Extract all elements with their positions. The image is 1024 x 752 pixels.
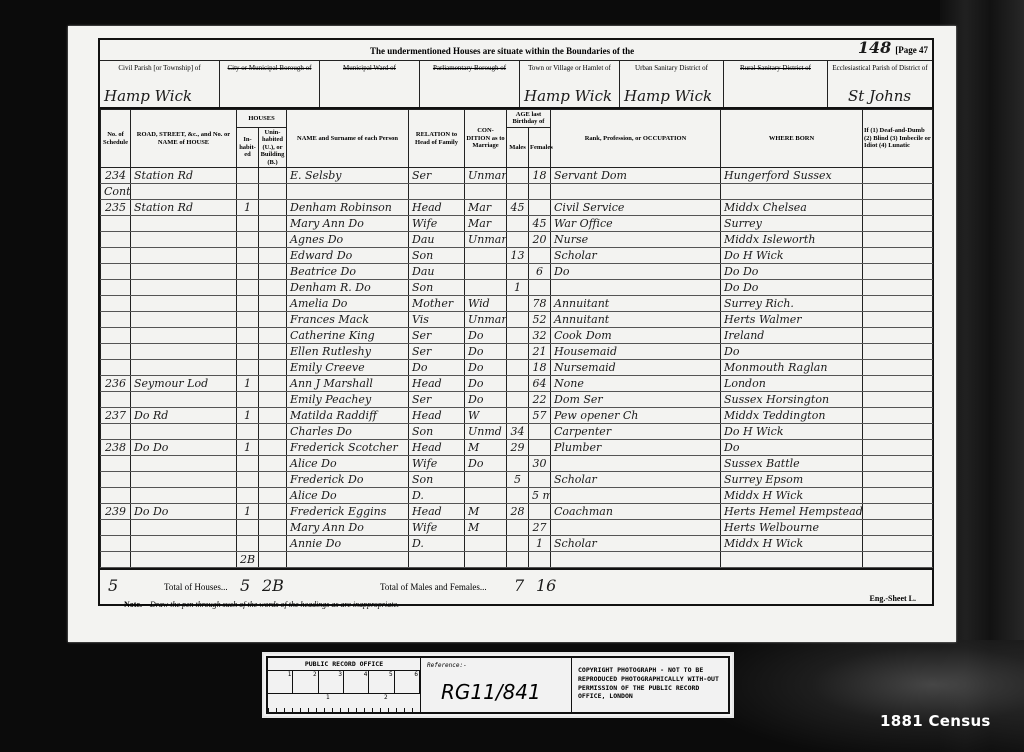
cell-infirmity	[863, 168, 933, 184]
cell-male_age: 29	[507, 440, 529, 456]
cell-inhabited	[237, 456, 259, 472]
col-males: Males	[507, 127, 529, 167]
cell-uninhabited	[259, 216, 287, 232]
cell-name: Alice Do	[287, 456, 409, 472]
cell-relation: Son	[409, 248, 465, 264]
cell-relation: Mother	[409, 296, 465, 312]
cell-female_age: 32	[529, 328, 551, 344]
total-males: 7	[514, 576, 524, 595]
cell-female_age	[529, 472, 551, 488]
rural-sanitary-district: Rural Sanitary District of	[724, 61, 828, 107]
cell-born: Middx Chelsea	[721, 200, 863, 216]
table-row: Contd	[101, 184, 933, 200]
cell-road: Station Rd	[131, 200, 237, 216]
table-row: Agnes DoDauUnmar20NurseMiddx Isleworth	[101, 232, 933, 248]
cell-born: Do Do	[721, 280, 863, 296]
total-females: 16	[536, 576, 556, 595]
cell-born: Do	[721, 440, 863, 456]
cell-inhabited: 1	[237, 376, 259, 392]
footnote: Note.—Draw the pen through such of the w…	[124, 600, 399, 609]
cell-inhabited	[237, 344, 259, 360]
cell-road	[131, 392, 237, 408]
cell-infirmity	[863, 280, 933, 296]
cell-condition: Do	[465, 344, 507, 360]
cell-name: Ann J Marshall	[287, 376, 409, 392]
cell-schedule: 234	[101, 168, 131, 184]
cell-uninhabited	[259, 552, 287, 568]
cell-male_age	[507, 216, 529, 232]
cell-uninhabited	[259, 472, 287, 488]
col-condition: CON-DITION as to Marriage	[465, 110, 507, 168]
cell-relation: Son	[409, 424, 465, 440]
cell-schedule	[101, 392, 131, 408]
cell-female_age: 30	[529, 456, 551, 472]
cell-relation: Dau	[409, 232, 465, 248]
cell-male_age	[507, 520, 529, 536]
cell-male_age	[507, 168, 529, 184]
cell-infirmity	[863, 216, 933, 232]
cell-name: Denham R. Do	[287, 280, 409, 296]
col-age: AGE last Birthday of	[507, 110, 551, 128]
cell-name: Emily Creeve	[287, 360, 409, 376]
cell-uninhabited	[259, 312, 287, 328]
cell-inhabited	[237, 424, 259, 440]
cell-condition: M	[465, 520, 507, 536]
cell-name: Frederick Do	[287, 472, 409, 488]
cell-occupation: Servant Dom	[551, 168, 721, 184]
cell-condition	[465, 488, 507, 504]
cell-occupation	[551, 456, 721, 472]
cell-occupation: Housemaid	[551, 344, 721, 360]
cell-uninhabited	[259, 360, 287, 376]
col-relation: RELATION to Head of Family	[409, 110, 465, 168]
cell-uninhabited	[259, 248, 287, 264]
cell-occupation	[551, 520, 721, 536]
cell-schedule	[101, 552, 131, 568]
cell-schedule	[101, 280, 131, 296]
cell-inhabited: 1	[237, 200, 259, 216]
cell-male_age	[507, 536, 529, 552]
cell-inhabited	[237, 392, 259, 408]
cell-born: Herts Welbourne	[721, 520, 863, 536]
cell-male_age	[507, 392, 529, 408]
cell-relation: Head	[409, 376, 465, 392]
cell-born	[721, 184, 863, 200]
cell-name	[287, 184, 409, 200]
cell-infirmity	[863, 504, 933, 520]
cell-born: Ireland	[721, 328, 863, 344]
cell-occupation: Civil Service	[551, 200, 721, 216]
cell-condition: Do	[465, 376, 507, 392]
cell-inhabited	[237, 360, 259, 376]
census-year-watermark: 1881 Census	[880, 712, 991, 730]
municipal-ward: Municipal Ward of	[320, 61, 420, 107]
cell-road	[131, 264, 237, 280]
table-row: Mary Ann DoWifeMar45War OfficeSurrey	[101, 216, 933, 232]
table-row: Denham R. DoSon1Do Do	[101, 280, 933, 296]
cell-uninhabited	[259, 232, 287, 248]
cell-name: Mary Ann Do	[287, 520, 409, 536]
cell-relation: Ser	[409, 168, 465, 184]
cell-born: Middx H Wick	[721, 536, 863, 552]
cell-road	[131, 552, 237, 568]
cell-relation: D.	[409, 536, 465, 552]
cell-occupation: Do	[551, 264, 721, 280]
cell-condition	[465, 536, 507, 552]
cell-male_age	[507, 456, 529, 472]
cell-relation: Do	[409, 360, 465, 376]
cell-uninhabited	[259, 440, 287, 456]
table-row: Beatrice DoDau6DoDo Do	[101, 264, 933, 280]
col-infirmity: If (1) Deaf-and-Dumb (2) Blind (3) Imbec…	[863, 110, 933, 168]
urban-sanitary-district: Urban Sanitary District ofHamp Wick	[620, 61, 724, 107]
cell-road	[131, 312, 237, 328]
cell-schedule	[101, 472, 131, 488]
cell-condition	[465, 552, 507, 568]
cell-relation: Son	[409, 280, 465, 296]
total-houses-label: Total of Houses...	[164, 582, 228, 592]
table-row: Alice DoD.5 monthsMiddx H Wick	[101, 488, 933, 504]
cell-infirmity	[863, 552, 933, 568]
cell-occupation: Carpenter	[551, 424, 721, 440]
cell-inhabited	[237, 328, 259, 344]
cell-female_age: 22	[529, 392, 551, 408]
cell-male_age	[507, 360, 529, 376]
cell-inhabited	[237, 520, 259, 536]
cell-inhabited	[237, 248, 259, 264]
cell-road	[131, 248, 237, 264]
cell-male_age: 28	[507, 504, 529, 520]
cell-uninhabited	[259, 376, 287, 392]
cell-schedule	[101, 520, 131, 536]
cell-male_age	[507, 552, 529, 568]
cell-schedule	[101, 360, 131, 376]
cell-name: Alice Do	[287, 488, 409, 504]
sheet-label: Eng.-Sheet L.	[870, 594, 916, 603]
table-row: 239Do Do1Frederick EgginsHeadM28Coachman…	[101, 504, 933, 520]
cell-name: Edward Do	[287, 248, 409, 264]
cell-name: Denham Robinson	[287, 200, 409, 216]
cell-schedule: 236	[101, 376, 131, 392]
cell-inhabited	[237, 264, 259, 280]
cell-born	[721, 552, 863, 568]
cell-male_age: 13	[507, 248, 529, 264]
cell-born: Middx Teddington	[721, 408, 863, 424]
cell-occupation: Dom Ser	[551, 392, 721, 408]
table-row: 238Do Do1Frederick ScotcherHeadM29Plumbe…	[101, 440, 933, 456]
cell-occupation: Annuitant	[551, 312, 721, 328]
ruler-inches: 1 2	[268, 694, 420, 714]
cell-born: Do H Wick	[721, 424, 863, 440]
cell-male_age	[507, 488, 529, 504]
cell-relation: Head	[409, 408, 465, 424]
cell-born: Herts Hemel Hempstead	[721, 504, 863, 520]
cell-condition: M	[465, 504, 507, 520]
cell-occupation: None	[551, 376, 721, 392]
cell-male_age	[507, 344, 529, 360]
cell-condition: Do	[465, 456, 507, 472]
cell-uninhabited	[259, 488, 287, 504]
cell-relation: Head	[409, 504, 465, 520]
cell-uninhabited	[259, 264, 287, 280]
cell-born: Surrey Epsom	[721, 472, 863, 488]
cell-inhabited	[237, 168, 259, 184]
total-uninhabited: 2B	[262, 576, 284, 595]
cell-name: Frances Mack	[287, 312, 409, 328]
col-born: WHERE BORN	[721, 110, 863, 168]
cell-schedule	[101, 264, 131, 280]
cell-infirmity	[863, 360, 933, 376]
cell-born: Surrey	[721, 216, 863, 232]
cell-road	[131, 344, 237, 360]
cell-uninhabited	[259, 504, 287, 520]
cell-born: Do	[721, 344, 863, 360]
cell-relation: Wife	[409, 456, 465, 472]
cell-road	[131, 232, 237, 248]
cell-female_age: 5 months	[529, 488, 551, 504]
cell-male_age	[507, 408, 529, 424]
cell-inhabited: 2B	[237, 552, 259, 568]
cell-schedule	[101, 344, 131, 360]
cell-inhabited	[237, 216, 259, 232]
cell-condition	[465, 264, 507, 280]
cell-schedule	[101, 232, 131, 248]
cell-inhabited	[237, 472, 259, 488]
cell-relation: D.	[409, 488, 465, 504]
table-row: Emily CreeveDoDo18NursemaidMonmouth Ragl…	[101, 360, 933, 376]
cell-female_age: 1	[529, 536, 551, 552]
cell-infirmity	[863, 200, 933, 216]
table-row: 234Station RdE. SelsbySerUnmar18Servant …	[101, 168, 933, 184]
col-occupation: Rank, Profession, or OCCUPATION	[551, 110, 721, 168]
cell-occupation: Scholar	[551, 536, 721, 552]
cell-relation	[409, 552, 465, 568]
cell-road: Do Rd	[131, 408, 237, 424]
cell-road	[131, 456, 237, 472]
cell-born: Herts Walmer	[721, 312, 863, 328]
cell-infirmity	[863, 232, 933, 248]
cell-uninhabited	[259, 328, 287, 344]
town-village: Town or Village or Hamlet ofHamp Wick	[520, 61, 620, 107]
cell-condition: Do	[465, 360, 507, 376]
col-houses: HOUSES	[237, 110, 287, 128]
cell-occupation: War Office	[551, 216, 721, 232]
record-office-label: PUBLIC RECORD OFFICE 1 2 3 4 5 6 1 2 Ref…	[262, 652, 734, 718]
cell-occupation: Pew opener Ch	[551, 408, 721, 424]
cell-male_age	[507, 184, 529, 200]
cell-relation	[409, 184, 465, 200]
cell-condition: Unmar	[465, 232, 507, 248]
cell-relation: Vis	[409, 312, 465, 328]
table-row: Emily PeacheySerDo22Dom SerSussex Horsin…	[101, 392, 933, 408]
cell-name: Annie Do	[287, 536, 409, 552]
census-form: The undermentioned Houses are situate wi…	[98, 38, 934, 606]
cell-uninhabited	[259, 392, 287, 408]
cell-inhabited	[237, 232, 259, 248]
parliamentary-borough: Parliamentary Borough of	[420, 61, 520, 107]
cell-condition: Mar	[465, 200, 507, 216]
cell-infirmity	[863, 456, 933, 472]
cell-name: Mary Ann Do	[287, 216, 409, 232]
cell-born: Do H Wick	[721, 248, 863, 264]
cell-condition: Unmar	[465, 312, 507, 328]
cell-name: Ellen Rutleshy	[287, 344, 409, 360]
cell-male_age	[507, 296, 529, 312]
col-females: Females	[529, 127, 551, 167]
table-row: Edward DoSon13ScholarDo H Wick	[101, 248, 933, 264]
scale-ruler: PUBLIC RECORD OFFICE 1 2 3 4 5 6 1 2	[266, 656, 421, 714]
cell-female_age	[529, 184, 551, 200]
cell-name: Charles Do	[287, 424, 409, 440]
cell-name	[287, 552, 409, 568]
cell-infirmity	[863, 184, 933, 200]
table-row: 237Do Rd1Matilda RaddiffHeadW57Pew opene…	[101, 408, 933, 424]
cell-road: Do Do	[131, 504, 237, 520]
cell-occupation: Plumber	[551, 440, 721, 456]
cell-occupation: Annuitant	[551, 296, 721, 312]
cell-infirmity	[863, 264, 933, 280]
cell-road	[131, 360, 237, 376]
ruler-cm: 1 2 3 4 5 6	[268, 671, 420, 694]
cell-relation: Dau	[409, 264, 465, 280]
table-row: 236Seymour Lod1Ann J MarshallHeadDo64Non…	[101, 376, 933, 392]
municipal-borough: City or Municipal Borough of	[220, 61, 320, 107]
cell-schedule: 238	[101, 440, 131, 456]
record-office-title: PUBLIC RECORD OFFICE	[268, 658, 420, 671]
cell-infirmity	[863, 248, 933, 264]
cell-female_age	[529, 552, 551, 568]
cell-infirmity	[863, 296, 933, 312]
cell-female_age: 20	[529, 232, 551, 248]
cell-schedule: 237	[101, 408, 131, 424]
cell-name: Agnes Do	[287, 232, 409, 248]
total-inhabited: 5	[240, 576, 250, 595]
reference-label: Reference:-	[427, 662, 467, 669]
col-uninhabited: Unin-habited (U.), or Building (B.)	[259, 127, 287, 167]
cell-relation: Ser	[409, 344, 465, 360]
copyright-notice: COPYRIGHT PHOTOGRAPH - NOT TO BE REPRODU…	[572, 656, 730, 714]
cell-infirmity	[863, 536, 933, 552]
cell-road: Do Do	[131, 440, 237, 456]
cell-inhabited	[237, 312, 259, 328]
cell-occupation	[551, 280, 721, 296]
page-number: 148 [Page 47	[858, 38, 928, 58]
cell-uninhabited	[259, 200, 287, 216]
cell-road: Seymour Lod	[131, 376, 237, 392]
cell-born: Middx H Wick	[721, 488, 863, 504]
cell-occupation: Nursemaid	[551, 360, 721, 376]
cell-inhabited: 1	[237, 408, 259, 424]
cell-road	[131, 488, 237, 504]
cell-relation: Wife	[409, 520, 465, 536]
cell-female_age	[529, 440, 551, 456]
cell-road: Station Rd	[131, 168, 237, 184]
cell-female_age: 6	[529, 264, 551, 280]
cell-name: Matilda Raddiff	[287, 408, 409, 424]
cell-occupation	[551, 488, 721, 504]
cell-infirmity	[863, 376, 933, 392]
cell-infirmity	[863, 472, 933, 488]
cell-name: Frederick Scotcher	[287, 440, 409, 456]
cell-male_age	[507, 328, 529, 344]
boundaries-row: Civil Parish [or Township] ofHamp Wick C…	[100, 61, 932, 109]
table-row: Catherine KingSerDo32Cook DomIreland	[101, 328, 933, 344]
total-houses-count: 5	[108, 576, 118, 595]
table-row: Mary Ann DoWifeM27Herts Welbourne	[101, 520, 933, 536]
cell-female_age	[529, 248, 551, 264]
cell-born: Hungerford Sussex	[721, 168, 863, 184]
cell-uninhabited	[259, 424, 287, 440]
cell-infirmity	[863, 328, 933, 344]
table-row: Annie DoD.1ScholarMiddx H Wick	[101, 536, 933, 552]
cell-road	[131, 520, 237, 536]
cell-condition: Wid	[465, 296, 507, 312]
cell-road	[131, 536, 237, 552]
cell-condition: Unmd	[465, 424, 507, 440]
cell-uninhabited	[259, 344, 287, 360]
table-row: 235Station Rd1Denham RobinsonHeadMar45Ci…	[101, 200, 933, 216]
cell-inhabited	[237, 296, 259, 312]
cell-road	[131, 280, 237, 296]
cell-occupation: Cook Dom	[551, 328, 721, 344]
col-name: NAME and Surname of each Person	[287, 110, 409, 168]
col-inhabited: In-habit-ed	[237, 127, 259, 167]
cell-inhabited: 1	[237, 440, 259, 456]
cell-female_age: 52	[529, 312, 551, 328]
cell-name: Catherine King	[287, 328, 409, 344]
cell-uninhabited	[259, 536, 287, 552]
cell-schedule: 239	[101, 504, 131, 520]
cell-male_age	[507, 376, 529, 392]
cell-road	[131, 328, 237, 344]
cell-female_age: 45	[529, 216, 551, 232]
cell-occupation: Coachman	[551, 504, 721, 520]
cell-condition	[465, 248, 507, 264]
cell-condition	[465, 280, 507, 296]
cell-born: Surrey Rich.	[721, 296, 863, 312]
cell-condition	[465, 184, 507, 200]
cell-name: Frederick Eggins	[287, 504, 409, 520]
table-row: Frances MackVisUnmar52AnnuitantHerts Wal…	[101, 312, 933, 328]
cell-condition: W	[465, 408, 507, 424]
cell-name: Emily Peachey	[287, 392, 409, 408]
boundaries-title: The undermentioned Houses are situate wi…	[370, 46, 634, 56]
cell-infirmity	[863, 440, 933, 456]
cell-inhabited	[237, 184, 259, 200]
table-row: 2B	[101, 552, 933, 568]
cell-born: Sussex Battle	[721, 456, 863, 472]
cell-female_age: 78	[529, 296, 551, 312]
cell-male_age: 5	[507, 472, 529, 488]
col-schedule: No. of Schedule	[101, 110, 131, 168]
cell-relation: Ser	[409, 392, 465, 408]
table-row: Ellen RutleshySerDo21HousemaidDo	[101, 344, 933, 360]
cell-condition: M	[465, 440, 507, 456]
ecclesiastical-parish: Ecclesiastical Parish of District ofSt J…	[828, 61, 932, 107]
cell-female_age: 27	[529, 520, 551, 536]
cell-name: Beatrice Do	[287, 264, 409, 280]
cell-female_age	[529, 280, 551, 296]
cell-relation: Head	[409, 440, 465, 456]
film-noise-background	[720, 640, 1024, 752]
col-road: ROAD, STREET, &c., and No. or NAME of HO…	[131, 110, 237, 168]
cell-male_age	[507, 232, 529, 248]
cell-road	[131, 424, 237, 440]
cell-occupation: Scholar	[551, 248, 721, 264]
cell-female_age: 18	[529, 360, 551, 376]
cell-infirmity	[863, 424, 933, 440]
census-table: No. of Schedule ROAD, STREET, &c., and N…	[100, 109, 933, 568]
